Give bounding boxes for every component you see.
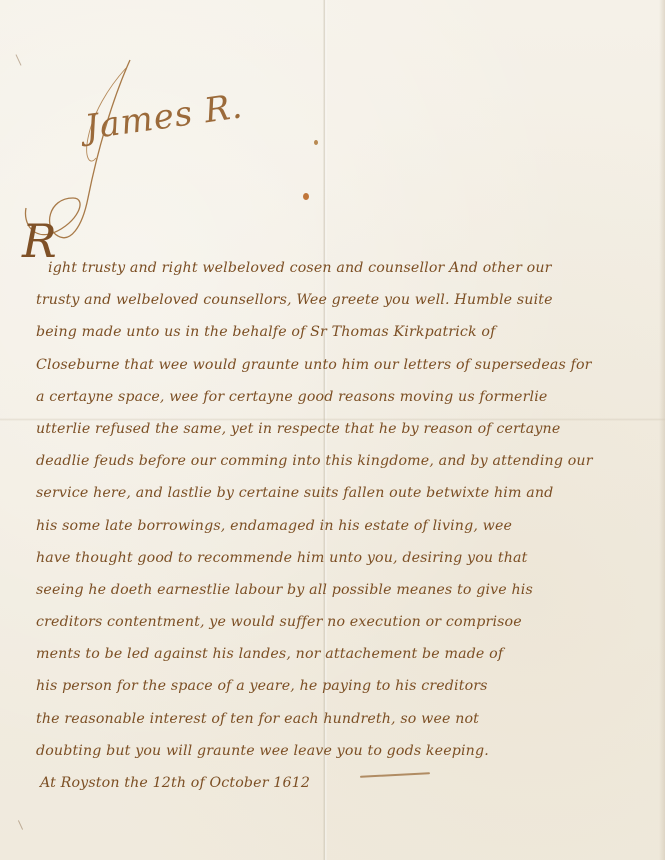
letter-line: doubting but you will graunte wee leave … [36, 735, 651, 767]
letter-line: Closeburne that wee would graunte unto h… [36, 349, 651, 381]
manuscript-page: James R. R ight trusty and right welbelo… [0, 0, 665, 860]
letter-line: ight trusty and right welbeloved cosen a… [36, 252, 651, 284]
letter-line: being made unto us in the behalfe of Sr … [36, 316, 651, 348]
letter-line: ments to be led against his landes, nor … [36, 638, 651, 670]
date-line: At Royston the 12th of October 1612 [36, 767, 651, 799]
letter-line: the reasonable interest of ten for each … [36, 703, 651, 735]
letter-line: his some late borrowings, endamaged in h… [36, 510, 651, 542]
letter-line: have thought good to recommende him unto… [36, 542, 651, 574]
letter-line: a certayne space, wee for certayne good … [36, 381, 651, 413]
letter-line: creditors contentment, ye would suffer n… [36, 606, 651, 638]
letter-line: utterlie refused the same, yet in respec… [36, 413, 651, 445]
stray-mark [18, 820, 23, 829]
letter-line: seeing he doeth earnestlie labour by all… [36, 574, 651, 606]
letter-body: ight trusty and right welbeloved cosen a… [36, 252, 651, 799]
stain-spot [303, 193, 309, 200]
paper-edge [659, 0, 665, 860]
letter-line: deadlie feuds before our comming into th… [36, 445, 651, 477]
letter-line: service here, and lastlie by certaine su… [36, 477, 651, 509]
letter-line: his person for the space of a yeare, he … [36, 670, 651, 702]
letter-line: trusty and welbeloved counsellors, Wee g… [36, 284, 651, 316]
ink-spot [314, 140, 318, 145]
